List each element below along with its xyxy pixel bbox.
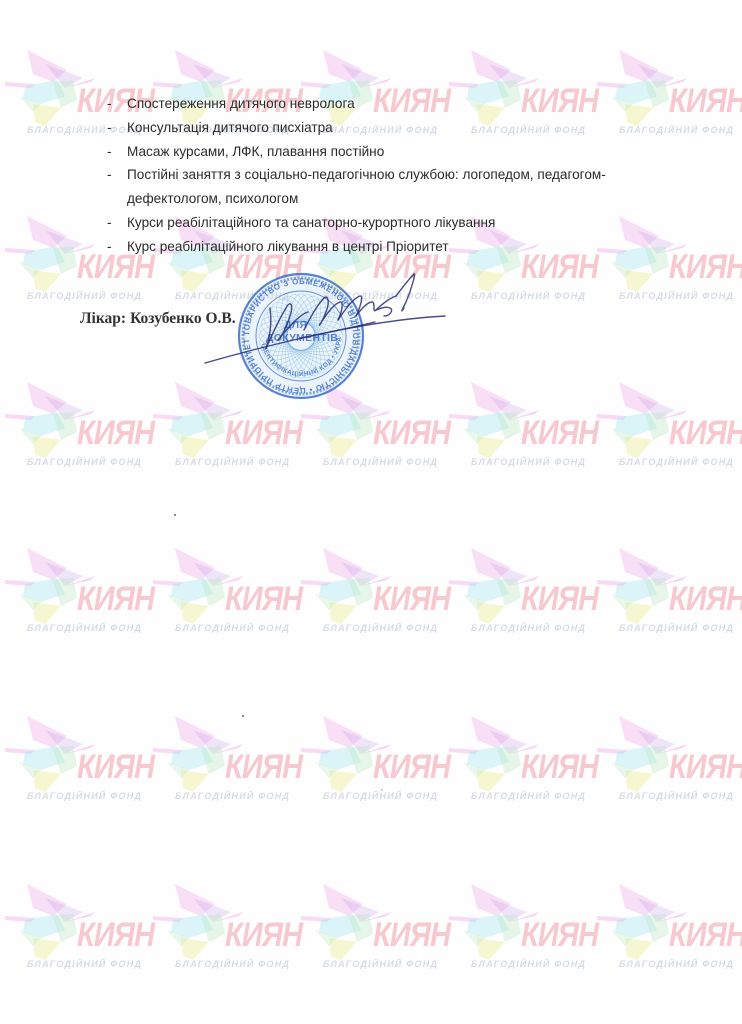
list-item: -Консультація дитячого писхіатра — [104, 116, 664, 140]
list-item-text: Масаж курсами, ЛФК, плавання постійно — [127, 144, 384, 159]
handwritten-signature-icon — [200, 268, 450, 378]
scan-speck — [174, 514, 176, 516]
list-item: -Курс реабілітаційного лікування в центр… — [104, 235, 664, 259]
bullet-dash: - — [107, 211, 112, 235]
list-item-text: Спостереження дитячого невролога — [127, 96, 355, 111]
scan-speck — [242, 715, 244, 717]
list-item-text: Курс реабілітаційного лікування в центрі… — [127, 239, 449, 254]
bullet-dash: - — [107, 235, 112, 259]
doctor-label: Лікар: — [80, 310, 126, 327]
list-item: -Масаж курсами, ЛФК, плавання постійно — [104, 140, 664, 164]
bullet-dash: - — [107, 92, 112, 116]
document-page: -Спостереження дитячого невролога -Консу… — [0, 0, 742, 1024]
list-item: -Постійні заняття з соціально-педагогічн… — [104, 163, 664, 211]
bullet-dash: - — [107, 116, 112, 140]
list-item-text: Постійні заняття з соціально-педагогічно… — [127, 167, 606, 206]
list-item: -Курси реабілітаційного та санаторно-кур… — [104, 211, 664, 235]
list-item-text: Курси реабілітаційного та санаторно-куро… — [127, 215, 495, 230]
list-item: -Спостереження дитячого невролога — [104, 92, 664, 116]
scan-speck — [381, 789, 383, 791]
recommendations-list: -Спостереження дитячого невролога -Консу… — [104, 92, 664, 259]
bullet-dash: - — [107, 140, 112, 164]
bullet-dash: - — [107, 163, 112, 187]
list-item-text: Консультація дитячого писхіатра — [127, 120, 333, 135]
